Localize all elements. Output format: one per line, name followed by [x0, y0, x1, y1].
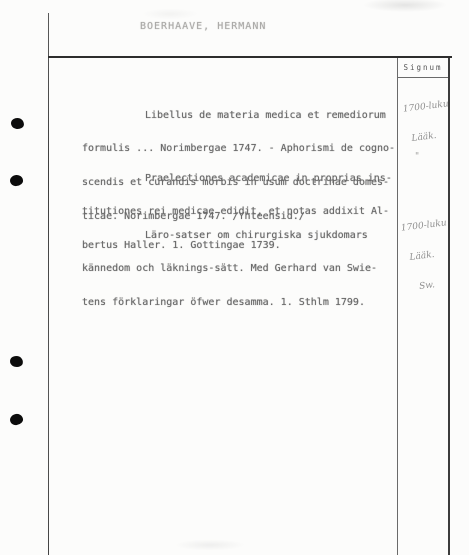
- signum-annotation-line: Lääk.: [406, 129, 453, 145]
- entry-line: Libellus de materia medica et remediorum: [82, 110, 394, 121]
- signum-ditto-mark: ": [415, 152, 419, 162]
- margin-rule: [48, 13, 49, 555]
- signum-annotation-line: 1700-luku: [400, 218, 447, 234]
- catalog-card-page: BOERHAAVE, HERMANN Signum Libellus de ma…: [0, 0, 469, 555]
- author-heading: BOERHAAVE, HERMANN: [140, 21, 266, 32]
- catalog-entry: Läro-satser om chirurgiska sjukdomars kä…: [82, 207, 394, 331]
- signum-annotation-line: 1700-luku: [402, 99, 449, 115]
- signum-annotation-line: Lääk.: [404, 248, 451, 264]
- entry-line: Praelectiones academicae in proprias ins…: [82, 173, 394, 184]
- hole-punch-icon: [9, 355, 24, 368]
- entry-line: Läro-satser om chirurgiska sjukdomars: [82, 230, 394, 241]
- signum-annotation-line: Sw.: [408, 278, 455, 294]
- entry-line: tens förklaringar öfwer desamma. 1. Sthl…: [82, 297, 394, 308]
- signum-annotation-handwritten: 1700-luku Lääk.: [400, 79, 455, 164]
- entry-line: kännedom och läknings-sätt. Med Gerhard …: [82, 263, 394, 274]
- hole-punch-icon: [9, 174, 23, 186]
- hole-punch-icon: [10, 117, 24, 130]
- table-top-rule: [48, 56, 452, 58]
- signum-column-header: Signum: [398, 58, 448, 78]
- hole-punch-icon: [9, 413, 24, 426]
